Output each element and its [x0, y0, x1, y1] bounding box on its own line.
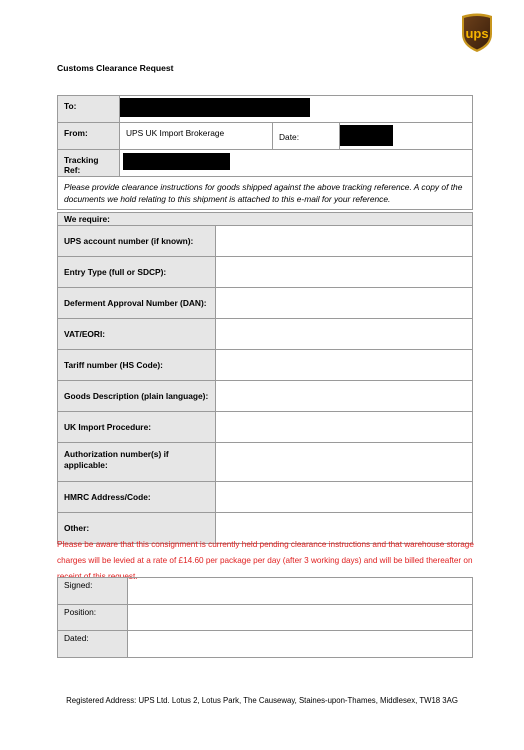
req-field[interactable] [216, 319, 473, 350]
signed-label: Signed: [58, 578, 128, 605]
req-label: Entry Type (full or SDCP): [58, 257, 216, 288]
to-label: To: [58, 96, 120, 123]
req-field[interactable] [216, 257, 473, 288]
req-field[interactable] [216, 443, 473, 482]
document-title: Customs Clearance Request [57, 63, 174, 73]
req-label: VAT/EORI: [58, 319, 216, 350]
req-label: Tariff number (HS Code): [58, 350, 216, 381]
req-label: UK Import Procedure: [58, 412, 216, 443]
req-field[interactable] [216, 288, 473, 319]
signed-field[interactable] [128, 578, 473, 605]
date-label: Date: [273, 123, 340, 150]
position-label: Position: [58, 604, 128, 631]
requirements-heading: We require: [58, 213, 473, 226]
svg-text:ups: ups [465, 26, 488, 41]
req-field[interactable] [216, 381, 473, 412]
tracking-label: Tracking Ref: [58, 150, 120, 177]
req-field[interactable] [216, 482, 473, 513]
requirements-table: We require: UPS account number (if known… [57, 212, 473, 544]
ups-logo-icon: ups [460, 12, 494, 54]
req-label: Deferment Approval Number (DAN): [58, 288, 216, 319]
req-field[interactable] [216, 226, 473, 257]
req-label: HMRC Address/Code: [58, 482, 216, 513]
req-label: Goods Description (plain language): [58, 381, 216, 412]
dated-label: Dated: [58, 631, 128, 658]
redacted-tracking-ref [123, 153, 230, 170]
position-field[interactable] [128, 604, 473, 631]
redacted-recipient [120, 98, 310, 117]
tracking-field[interactable] [120, 150, 473, 177]
signature-table: Signed: Position: Dated: [57, 577, 473, 658]
from-value: UPS UK Import Brokerage [120, 123, 273, 150]
to-field[interactable] [120, 96, 473, 123]
dated-field[interactable] [128, 631, 473, 658]
req-field[interactable] [216, 350, 473, 381]
registered-address: Registered Address: UPS Ltd. Lotus 2, Lo… [0, 696, 524, 705]
req-field[interactable] [216, 412, 473, 443]
req-label: UPS account number (if known): [58, 226, 216, 257]
redacted-date [340, 125, 393, 146]
instructions-note: Please provide clearance instructions fo… [58, 177, 473, 210]
addressing-table: To: From: UPS UK Import Brokerage Date: … [57, 95, 473, 210]
req-label: Authorization number(s) if applicable: [58, 443, 216, 482]
date-field[interactable] [340, 123, 473, 150]
from-label: From: [58, 123, 120, 150]
